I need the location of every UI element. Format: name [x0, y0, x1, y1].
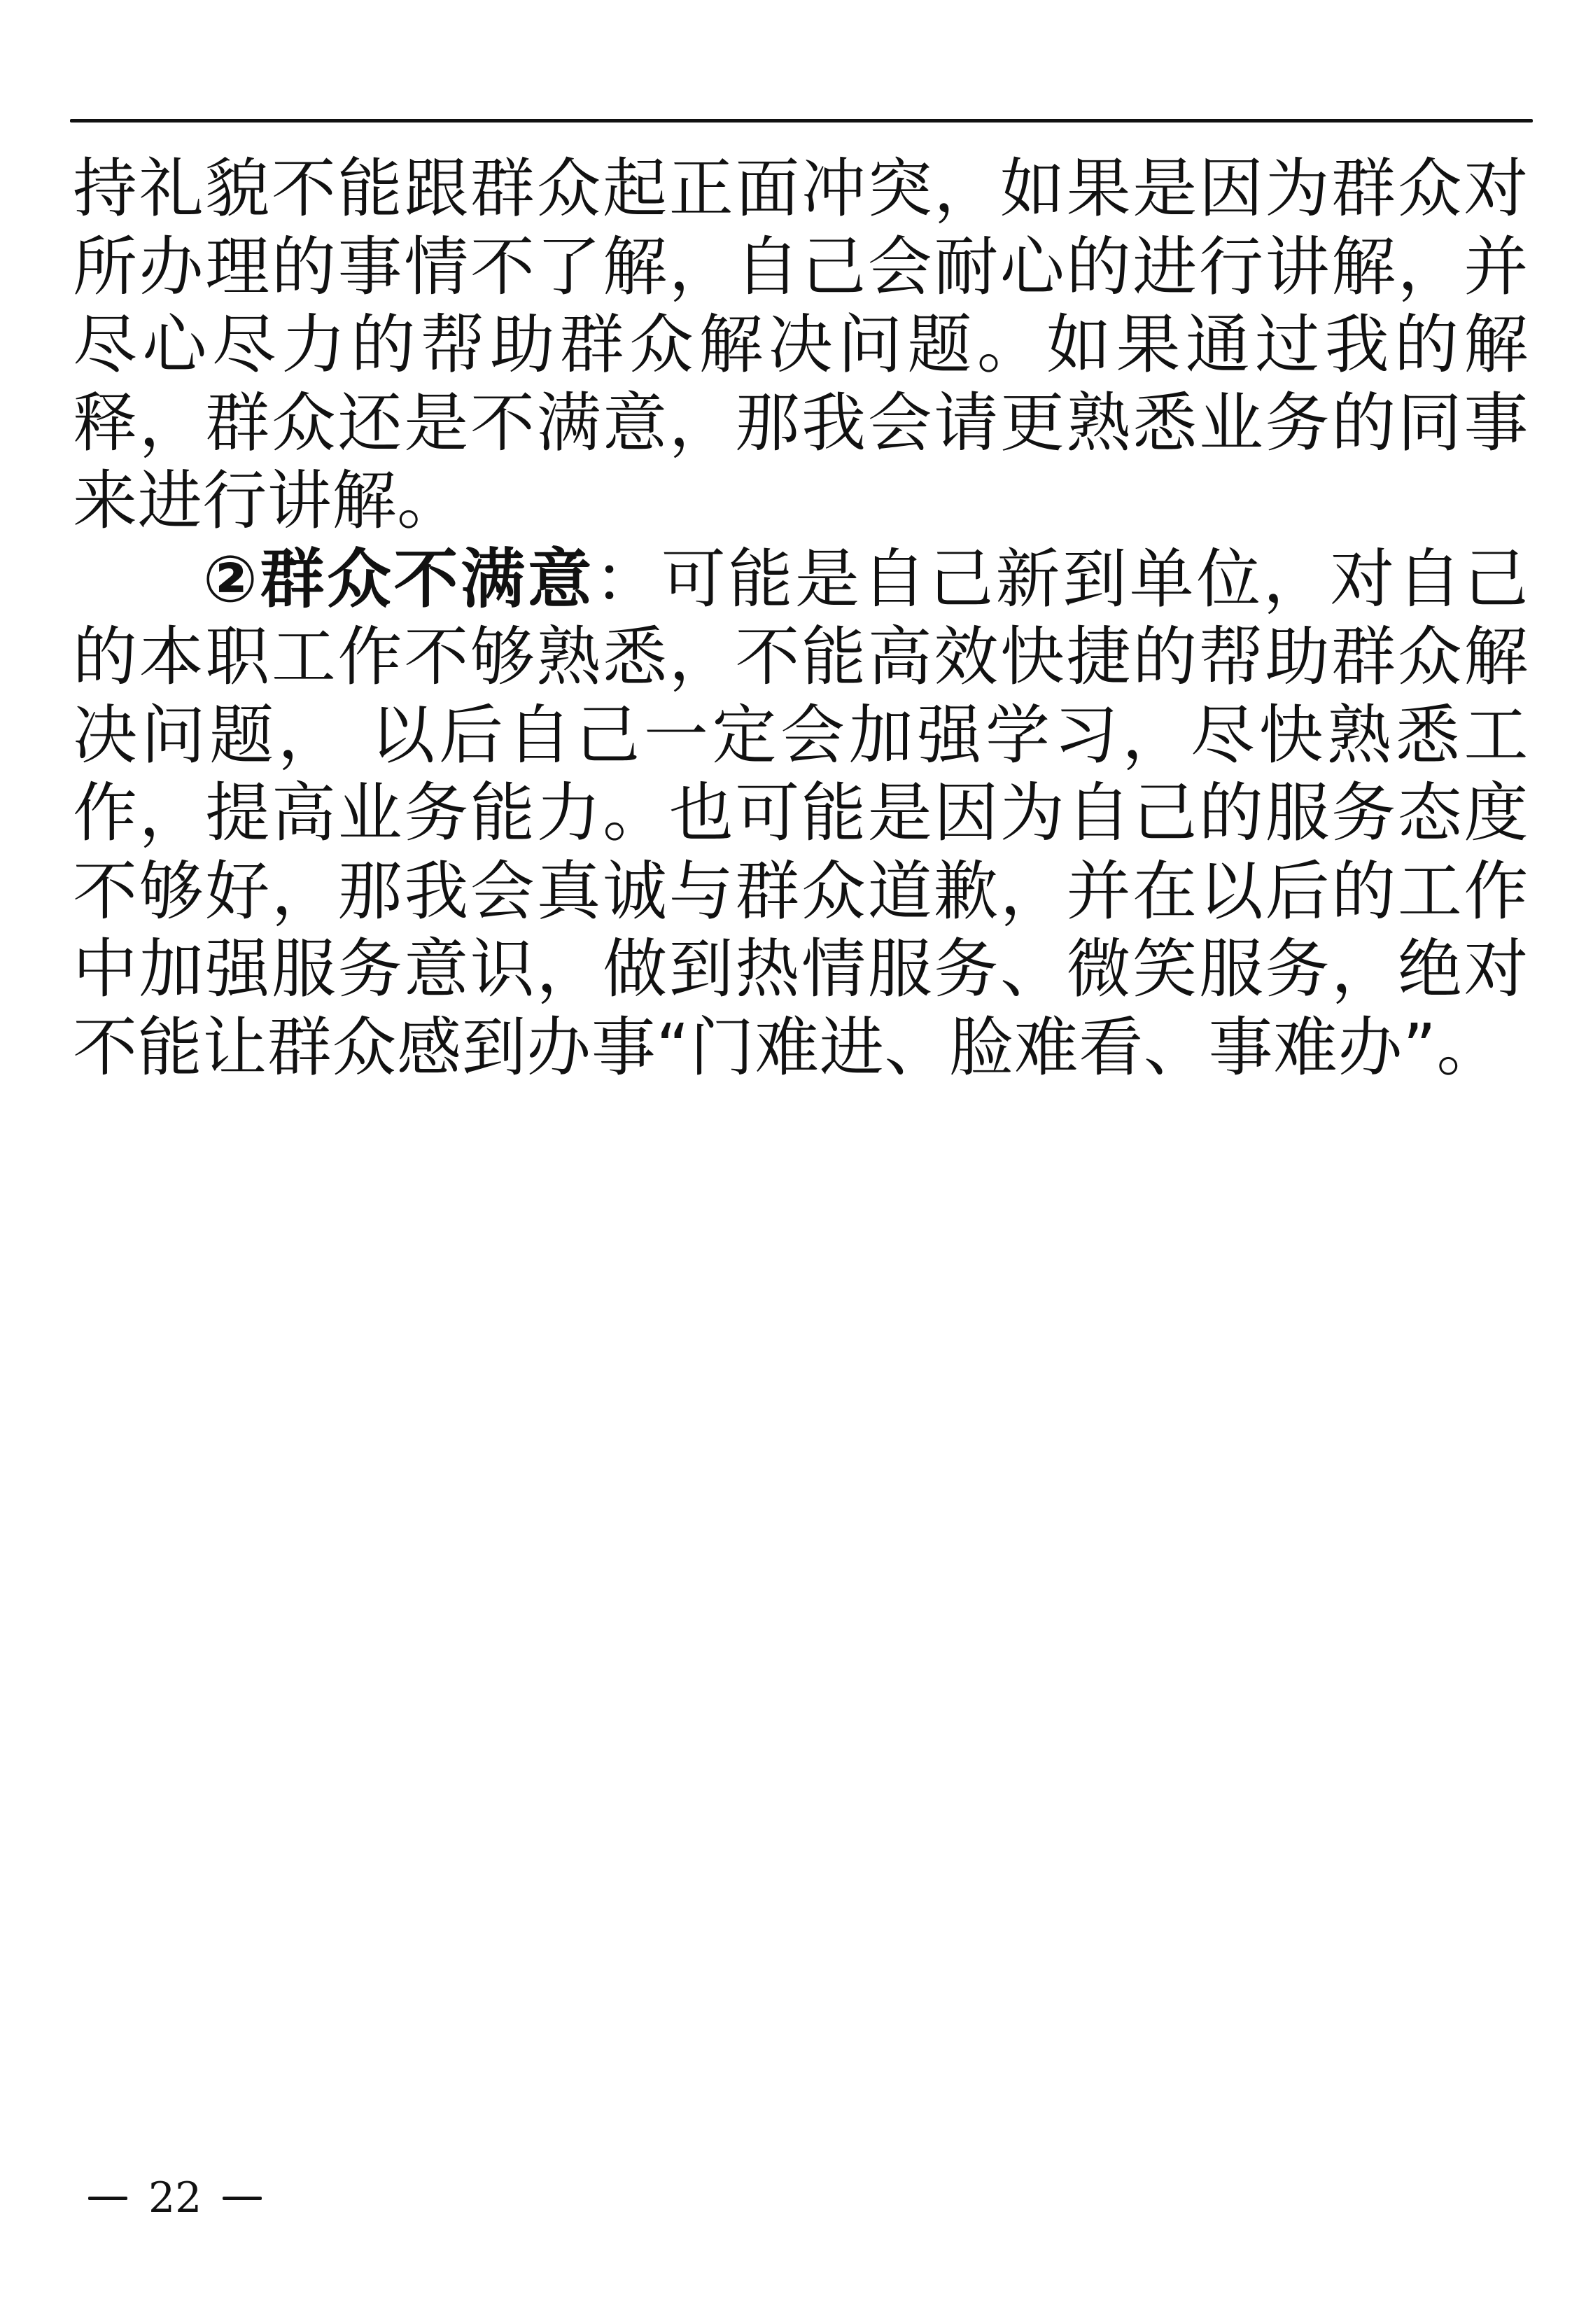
- paragraph-heading: ②群众不满意: [203, 542, 594, 617]
- header-rule: [70, 119, 1533, 122]
- page-number: 22: [88, 2170, 262, 2226]
- paragraph-continuation: 持礼貌不能跟群众起正面冲突，如果是因为群众对所办理的事情不了解，自己会耐心的进行…: [73, 150, 1529, 540]
- paragraph-text: ：可能是自己新到单位，对自己的本职工作不够熟悉，不能高效快捷的帮助群众解决问题，…: [73, 542, 1529, 1085]
- paragraph-text: 持礼貌不能跟群众起正面冲突，如果是因为群众对所办理的事情不了解，自己会耐心的进行…: [73, 151, 1529, 538]
- page-number-value: 22: [148, 2170, 202, 2226]
- paragraph-dissatisfied-public: ②群众不满意：可能是自己新到单位，对自己的本职工作不够熟悉，不能高效快捷的帮助群…: [73, 540, 1529, 1087]
- dash-right: [223, 2197, 262, 2200]
- dash-left: [88, 2197, 127, 2200]
- document-body: 持礼貌不能跟群众起正面冲突，如果是因为群众对所办理的事情不了解，自己会耐心的进行…: [73, 150, 1529, 1086]
